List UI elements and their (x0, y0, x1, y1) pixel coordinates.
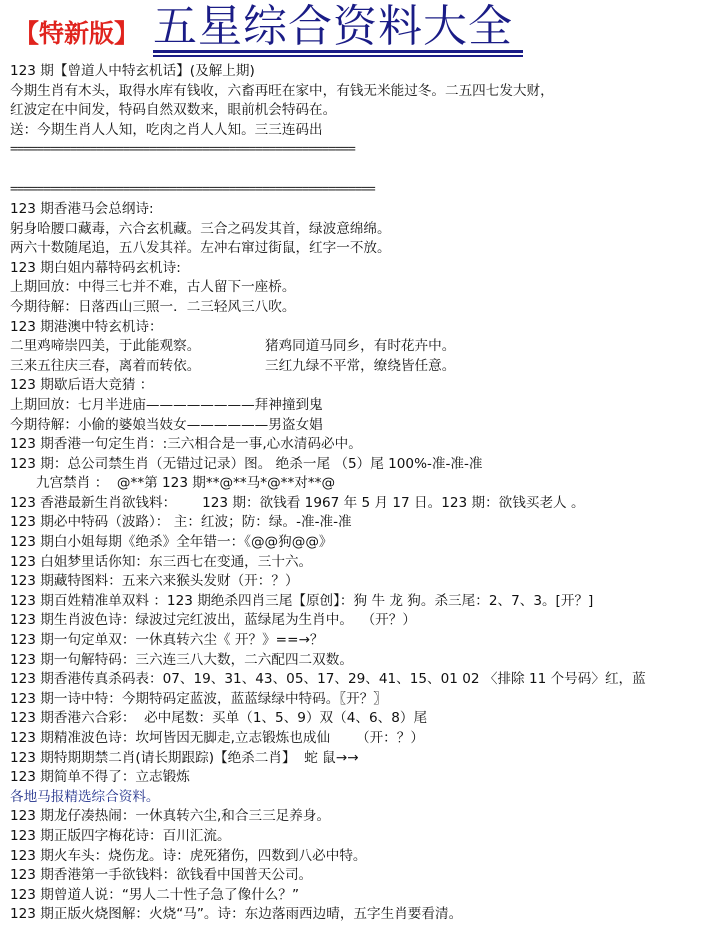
text-line: 123 白姐梦里话你知：东三西七在变通，三十六。 (10, 553, 700, 573)
separator: ========================================… (10, 140, 700, 160)
regional-heading: 各地马报精选综合资料。 (10, 788, 700, 808)
section-title-hk-poem: 123 期香港马会总纲诗: (10, 200, 700, 220)
poem-row: 三来五往庆三春，离着而转依。 三红九绿不平常，缭绕皆任意。 (10, 357, 700, 377)
text-line: 123 期生肖波色诗：绿波过完红波出，蓝绿尾为生肖中。 （开？） (10, 611, 700, 631)
text-line: 上期回放：七月半进庙————————拜神撞到鬼 (10, 396, 700, 416)
text-line: 123 期龙仔凑热闹：一休真转六尘,和合三三足养身。 (10, 807, 700, 827)
edition-badge: 【特新版】 (14, 14, 139, 50)
poem-right: 猪鸡同道马同乡，有时花卉中。 (265, 337, 455, 357)
text-line: 123 期香港传真杀码表：07、19、31、43、05、17、29、41、15、… (10, 670, 700, 690)
page-header: 【特新版】 五星综合资料大全 (0, 0, 702, 60)
text-line: 123 期必中特码（波路）： 主：红波；防：绿。-准-准-准 (10, 513, 700, 533)
text-line: 123 期藏特图料：五来六来猴头发财（开：？） (10, 572, 700, 592)
text-line: 今期待解：日落西山三照一．二三轻风三八吹。 (10, 298, 700, 318)
section-title-zeng: 123 期【曾道人中特玄机话】(及解上期) (10, 62, 700, 82)
document-body: 123 期【曾道人中特玄机话】(及解上期) 今期生肖有木头，取得水库有钱收，六畜… (10, 62, 700, 925)
text-line: 123 期：总公司禁生肖（无错过记录）图。 绝杀一尾 （5）尾 100%-准-准… (10, 455, 700, 475)
text-line: 送：今期生肖人人知，吃肉之肖人人知。三三连码出 (10, 121, 700, 141)
jiugong-line: 九宫禁肖 ： @**第 123 期**@**马*@**对**@ (10, 474, 700, 494)
poem-left: 二里鸡啼崇四美，于此能观察。 (10, 337, 265, 357)
text-line: 两六十数随尾追，五八发其祥。左冲右窜过街鼠，红字一不放。 (10, 239, 700, 259)
text-line: 123 期一诗中特：今期特码定蓝波，蓝蓝绿绿中特码。〖开？〗 (10, 690, 700, 710)
section-title-baijie: 123 期白姐内幕特码玄机诗: (10, 259, 700, 279)
text-line: 上期回放：中得三七并不难，古人留下一座桥。 (10, 278, 700, 298)
text-line: 123 期正版火烧图解：火烧“马”。诗：东边落雨西边晴，五字生肖要看清。 (10, 905, 700, 925)
text-line: 红波定在中间发，特码自然双数来，眼前机会特码在。 (10, 101, 700, 121)
separator: ========================================… (10, 180, 700, 200)
text-line: 123 期正版四字梅花诗：百川汇流。 (10, 827, 700, 847)
text-line: 123 期简单不得了：立志锻炼 (10, 768, 700, 788)
text-line: 123 期香港六合彩： 必中尾数：买单（1、5、9）双（4、6、8）尾 (10, 709, 700, 729)
text-line: 123 期曾道人说：“男人二十性子急了像什么？” (10, 886, 700, 906)
poem-row: 二里鸡啼崇四美，于此能观察。 猪鸡同道马同乡，有时花卉中。 (10, 337, 700, 357)
text-line: 躬身哈腰口藏毒，六合玄机藏。三合之码发其首，绿波意绵绵。 (10, 220, 700, 240)
text-line: 123 期火车头：烧伤龙。诗：虎死猪伤，四数到八必中特。 (10, 847, 700, 867)
text-line: 123 期特期期禁二肖(请长期跟踪)【绝杀二肖】 蛇 鼠→→ (10, 749, 700, 769)
text-line: 123 期精准波色诗：坎坷皆因无脚走,立志锻炼也成仙 （开：？） (10, 729, 700, 749)
text-line: 123 期一句解特码：三六连三八大数，二六配四二双数。 (10, 651, 700, 671)
text-line: 今期待解：小偷的婆娘当妓女——————男盗女娼 (10, 416, 700, 436)
text-line: 123 期一句定单双：一休真转六尘《 开？》==→？ (10, 631, 700, 651)
text-line: 123 期香港第一手欲钱料：欲钱看中国普天公司。 (10, 866, 700, 886)
text-line: 今期生肖有木头，取得水库有钱收，六畜再旺在家中，有钱无米能过冬。二五四七发大财， (10, 82, 700, 102)
text-line: 123 期百姓精准单双料 ：123 期绝杀四肖三尾【原创】：狗 牛 龙 狗。杀三… (10, 592, 700, 612)
text-line: 123 期香港一句定生肖：:三六相合是一事,心水清码必中。 (10, 435, 700, 455)
poem-right: 三红九绿不平常，缭绕皆任意。 (265, 357, 455, 377)
section-title-gangao: 123 期港澳中特玄机诗： (10, 318, 700, 338)
page-title: 五星综合资料大全 (153, 2, 513, 52)
text-line: 123 香港最新生肖欲钱料： 123 期：欲钱看 1967 年 5 月 17 日… (10, 494, 700, 514)
section-title-riddle: 123 期歇后语大竞猜 ： (10, 376, 700, 396)
blank-line (10, 160, 700, 180)
poem-left: 三来五往庆三春，离着而转依。 (10, 357, 265, 377)
title-underline-thin (153, 55, 523, 57)
text-line: 123 期白小姐每期《绝杀》全年错一：《@@狗@@》 (10, 533, 700, 553)
title-underline (153, 50, 523, 53)
